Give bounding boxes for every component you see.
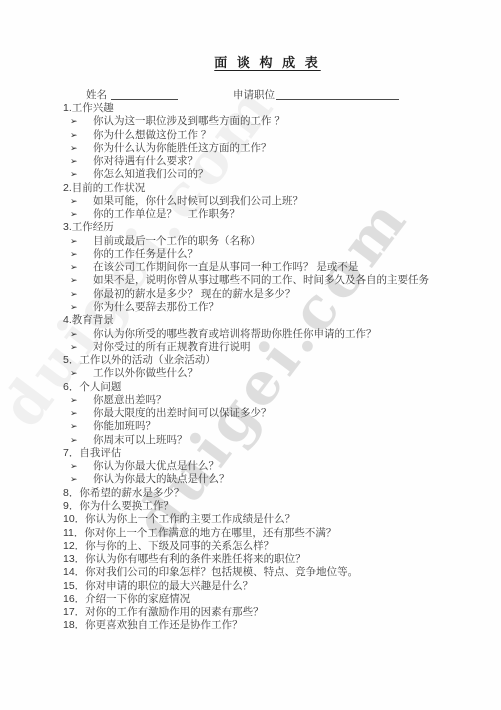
question-bullet-line: ➢工作以外你做些什么？ (63, 367, 501, 380)
line-text: 13．你认为你有哪些有利的条件来胜任将来的职位？ (63, 553, 306, 565)
question-bullet-line: ➢你周末可以上班吗？ (63, 434, 501, 447)
line-text: 17．对你的工作有激励作用的因素有那些？ (63, 606, 264, 618)
question-bullet-line: ➢你愿意出差吗？ (63, 394, 501, 407)
line-text: 5．工作以外的活动（业余活动） (63, 354, 216, 366)
line-text: 你为什么认为你能胜任这方面的工作？ (93, 142, 272, 154)
question-bullet-line: ➢目前或最后一个工作的职务（名称） (63, 235, 501, 248)
line-text: 你认为你所受的哪些教育或培训将帮助你胜任你申请的工作？ (93, 328, 377, 340)
name-blank-line (111, 86, 178, 100)
line-text: 4.教育背景 (63, 314, 114, 326)
section-heading-line: 17．对你的工作有激励作用的因素有那些？ (63, 606, 501, 619)
line-text: 12．你与你的上、下级及同事的关系怎么样？ (63, 540, 274, 552)
question-bullet-line: ➢你最大限度的出差时间可以保证多少？ (63, 407, 501, 420)
line-text: 你的工作单位是？ 工作职务？ (93, 208, 240, 220)
bullet-arrow-icon: ➢ (70, 275, 93, 288)
line-text: 你认为这一职位涉及到哪些方面的工作 ？ (93, 115, 285, 127)
question-bullet-line: ➢你认为这一职位涉及到哪些方面的工作 ？ (63, 115, 501, 128)
section-heading-line: 10．你认为你上一个工作的主要工作成绩是什么？ (63, 513, 501, 526)
section-heading-line: 6．个人问题 (63, 381, 501, 394)
line-text: 目前或最后一个工作的职务（名称） (93, 235, 261, 247)
question-bullet-line: ➢你认为你最大优点是什么？ (63, 460, 501, 473)
line-text: 如果可能，你什么时候可以到我们公司上班？ (93, 195, 303, 207)
line-text: 你为什么要辞去那份工作？ (93, 301, 219, 313)
line-text: 你最初的薪水是多少？ 现在的薪水是多少？ (93, 288, 295, 300)
line-text: 你最大限度的出差时间可以保证多少？ (93, 407, 272, 419)
section-heading-line: 8．你希望的薪水是多少？ (63, 487, 501, 500)
line-text: 在该公司工作期间你一直是从事同一种工作吗？ 是或不是 (93, 261, 358, 273)
section-heading-line: 5．工作以外的活动（业余活动） (63, 354, 501, 367)
line-text: 8．你希望的薪水是多少？ (63, 487, 184, 499)
line-text: 如果不是，说明你曾从事过哪些不同的工作、时间多久及各自的主要任务 (93, 274, 429, 286)
question-bullet-line: ➢你认为你所受的哪些教育或培训将帮助你胜任你申请的工作？ (63, 328, 501, 341)
line-text: 16．介绍一下你的家庭情况 (63, 593, 190, 605)
bullet-arrow-icon: ➢ (70, 116, 93, 129)
line-text: 3.工作经历 (63, 221, 114, 233)
section-heading-line: 12．你与你的上、下级及同事的关系怎么样？ (63, 540, 501, 553)
question-bullet-line: ➢你的工作单位是？ 工作职务？ (63, 208, 501, 221)
line-text: 9．你为什么要换工作？ (63, 500, 174, 512)
line-text: 你愿意出差吗？ (93, 394, 167, 406)
line-text: 2.目前的工作状况 (63, 182, 145, 194)
line-text: 你对待遇有什么要求？ (93, 155, 198, 167)
question-bullet-line: ➢你对待遇有什么要求？ (63, 155, 501, 168)
page-title: 面 谈 构 成 表 (17, 52, 501, 71)
line-text: 工作以外你做些什么？ (93, 367, 198, 379)
section-heading-line: 9．你为什么要换工作？ (63, 500, 501, 513)
question-list: 1.工作兴趣➢你认为这一职位涉及到哪些方面的工作 ？➢你为什么想做这份工作 ？➢… (63, 102, 501, 633)
section-heading-line: 1.工作兴趣 (63, 102, 501, 115)
section-heading-line: 3.工作经历 (63, 221, 501, 234)
bullet-arrow-icon: ➢ (70, 236, 93, 249)
position-blank-line (276, 86, 399, 100)
line-text: 你认为你最大优点是什么？ (93, 460, 219, 472)
section-heading-line: 11．你对你上一个工作满意的地方在哪里，还有那些不满？ (63, 527, 501, 540)
question-bullet-line: ➢对你受过的所有正规教育进行说明 (63, 341, 501, 354)
section-heading-line: 7．自我评估 (63, 447, 501, 460)
bullet-arrow-icon: ➢ (70, 329, 93, 342)
line-text: 你为什么想做这份工作 ？ (93, 129, 211, 141)
question-bullet-line: ➢你为什么认为你能胜任这方面的工作？ (63, 142, 501, 155)
section-heading-line: 18．你更喜欢独自工作还是协作工作？ (63, 619, 501, 632)
bullet-arrow-icon: ➢ (70, 130, 93, 143)
name-label: 姓名 (86, 87, 107, 102)
line-text: 15．你对申请的职位的最大兴趣是什么？ (63, 580, 253, 592)
line-text: 你周末可以上班吗？ (93, 434, 188, 446)
question-bullet-line: ➢你认为你最大的缺点是什么？ (63, 473, 501, 486)
line-text: 14．你对我们公司的印象怎样？包括规模、特点、竞争地位等。 (63, 566, 358, 578)
bullet-arrow-icon: ➢ (70, 421, 93, 434)
question-bullet-line: ➢你为什么想做这份工作 ？ (63, 129, 501, 142)
line-text: 你认为你最大的缺点是什么？ (93, 473, 230, 485)
question-bullet-line: ➢如果不是，说明你曾从事过哪些不同的工作、时间多久及各自的主要任务 (63, 274, 501, 287)
line-text: 6．个人问题 (63, 381, 121, 393)
line-text: 你怎么知道我们公司的？ (93, 168, 209, 180)
line-text: 1.工作兴趣 (63, 102, 114, 114)
question-bullet-line: ➢如果可能，你什么时候可以到我们公司上班？ (63, 195, 501, 208)
question-bullet-line: ➢你能加班吗？ (63, 420, 501, 433)
line-text: 10．你认为你上一个工作的主要工作成绩是什么？ (63, 513, 295, 525)
section-heading-line: 16．介绍一下你的家庭情况 (63, 593, 501, 606)
section-heading-line: 15．你对申请的职位的最大兴趣是什么？ (63, 580, 501, 593)
question-bullet-line: ➢你为什么要辞去那份工作？ (63, 301, 501, 314)
line-text: 11．你对你上一个工作满意的地方在哪里，还有那些不满？ (63, 527, 336, 539)
line-text: 18．你更喜欢独自工作还是协作工作？ (63, 619, 243, 631)
section-heading-line: 2.目前的工作状况 (63, 182, 501, 195)
line-text: 7．自我评估 (63, 447, 121, 459)
question-bullet-line: ➢你怎么知道我们公司的？ (63, 168, 501, 181)
line-text: 你的工作任务是什么？ (93, 248, 198, 260)
line-text: 对你受过的所有正规教育进行说明 (93, 341, 251, 353)
section-heading-line: 14．你对我们公司的印象怎样？包括规模、特点、竞争地位等。 (63, 566, 501, 579)
question-bullet-line: ➢你的工作任务是什么？ (63, 248, 501, 261)
question-bullet-line: ➢你最初的薪水是多少？ 现在的薪水是多少？ (63, 288, 501, 301)
section-heading-line: 13．你认为你有哪些有利的条件来胜任将来的职位？ (63, 553, 501, 566)
position-label: 申请职位 (233, 87, 275, 102)
section-heading-line: 4.教育背景 (63, 314, 501, 327)
document-page: duigei.com duigei.com 面 谈 构 成 表 姓名 申请职位 … (0, 0, 501, 710)
question-bullet-line: ➢在该公司工作期间你一直是从事同一种工作吗？ 是或不是 (63, 261, 501, 274)
line-text: 你能加班吗？ (93, 420, 156, 432)
